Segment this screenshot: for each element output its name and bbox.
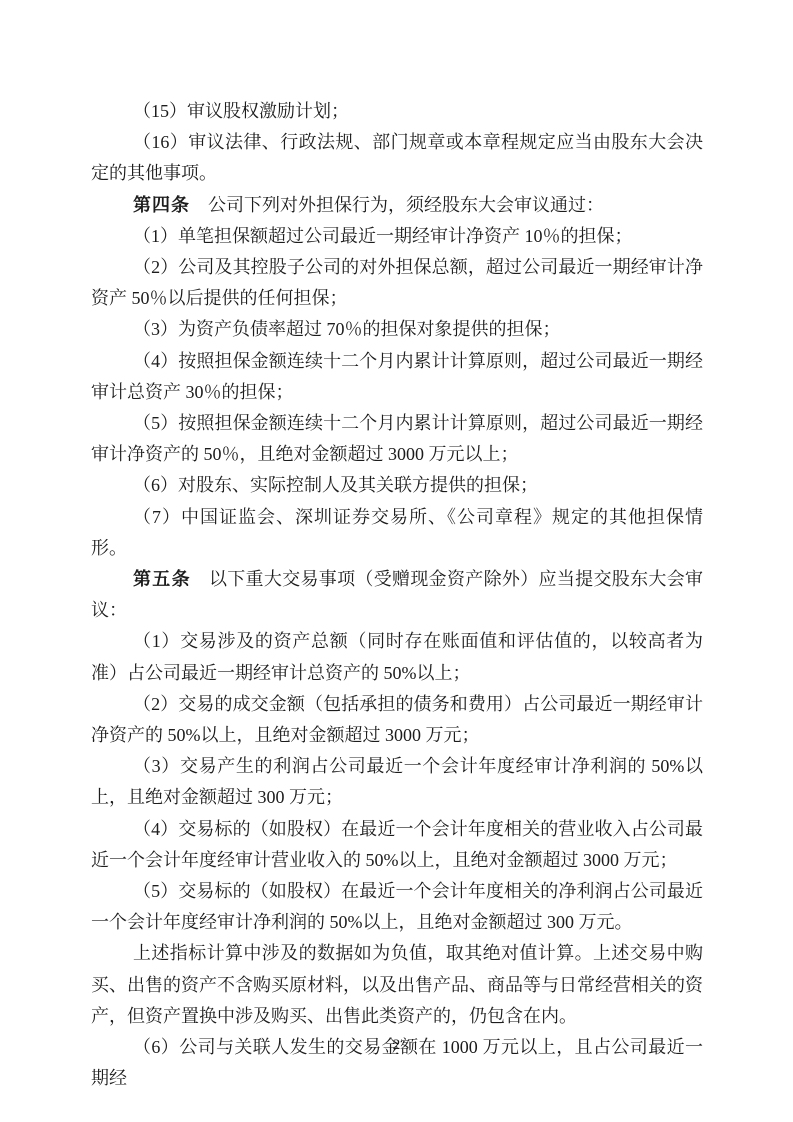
paragraph-text: 上述指标计算中涉及的数据如为负值，取其绝对值计算。上述交易中购买、出售的资产不含… (91, 943, 703, 1025)
paragraph-text: （2）公司及其控股子公司的对外担保总额，超过公司最近一期经审计净资产 50％以后… (91, 257, 703, 308)
paragraph-text: （4）按照担保金额连续十二个月内累计计算原则，超过公司最近一期经审计总资产 30… (91, 351, 703, 402)
paragraph-text: （5）交易标的（如股权）在最近一个会计年度相关的净利润占公司最近一个会计年度经审… (91, 881, 703, 932)
paragraph-text: （2）交易的成交金额（包括承担的债务和费用）占公司最近一期经审计净资产的 50%… (91, 694, 703, 745)
article-5-item-4: （4）交易标的（如股权）在最近一个会计年度相关的营业收入占公司最近一个会计年度经… (91, 814, 703, 876)
article-5-item-1: （1）交易涉及的资产总额（同时存在账面值和评估值的，以较高者为准）占公司最近一期… (91, 626, 703, 688)
paragraph-text: （4）交易标的（如股权）在最近一个会计年度相关的营业收入占公司最近一个会计年度经… (91, 819, 703, 870)
paragraph-text: （6）对股东、实际控制人及其关联方提供的担保； (133, 475, 538, 495)
article-number: 第五条 (133, 569, 191, 589)
article-number: 第四条 (133, 195, 190, 215)
article-5-item-5: （5）交易标的（如股权）在最近一个会计年度相关的净利润占公司最近一个会计年度经审… (91, 876, 703, 938)
document-page: （15）审议股权激励计划；（16）审议法律、行政法规、部门规章或本章程规定应当由… (0, 0, 793, 1122)
article-4-item-2: （2）公司及其控股子公司的对外担保总额，超过公司最近一期经审计净资产 50％以后… (91, 252, 703, 314)
paragraph-text: （1）交易涉及的资产总额（同时存在账面值和评估值的，以较高者为准）占公司最近一期… (91, 631, 703, 682)
paragraph-text: （7）中国证监会、深圳证券交易所、《公司章程》规定的其他担保情形。 (91, 507, 703, 558)
paragraph-text: （16）审议法律、行政法规、部门规章或本章程规定应当由股东大会决定的其他事项。 (91, 132, 703, 183)
article-4: 第四条公司下列对外担保行为，须经股东大会审议通过： (91, 190, 703, 221)
article-5-note: 上述指标计算中涉及的数据如为负值，取其绝对值计算。上述交易中购买、出售的资产不含… (91, 938, 703, 1032)
article-4-item-5: （5）按照担保金额连续十二个月内累计计算原则，超过公司最近一期经审计净资产的 5… (91, 408, 703, 470)
article-4-item-4: （4）按照担保金额连续十二个月内累计计算原则，超过公司最近一期经审计总资产 30… (91, 346, 703, 408)
article-5-item-2: （2）交易的成交金额（包括承担的债务和费用）占公司最近一期经审计净资产的 50%… (91, 689, 703, 751)
paragraph-text: （3）为资产负债率超过 70％的担保对象提供的担保； (133, 319, 561, 339)
page-number: 2 (0, 1037, 793, 1054)
item-16: （16）审议法律、行政法规、部门规章或本章程规定应当由股东大会决定的其他事项。 (91, 127, 703, 189)
article-4-item-1: （1）单笔担保额超过公司最近一期经审计净资产 10％的担保； (91, 221, 703, 252)
paragraph-text: （3）交易产生的利润占公司最近一个会计年度经审计净利润的 50%以上，且绝对金额… (91, 756, 703, 807)
article-4-item-3: （3）为资产负债率超过 70％的担保对象提供的担保； (91, 314, 703, 345)
paragraph-text: 公司下列对外担保行为，须经股东大会审议通过： (208, 195, 604, 215)
paragraph-text: （1）单笔担保额超过公司最近一期经审计净资产 10％的担保； (133, 226, 633, 246)
article-5-item-3: （3）交易产生的利润占公司最近一个会计年度经审计净利润的 50%以上，且绝对金额… (91, 751, 703, 813)
article-4-item-6: （6）对股东、实际控制人及其关联方提供的担保； (91, 470, 703, 501)
paragraph-text: （15）审议股权激励计划； (133, 101, 349, 121)
item-15: （15）审议股权激励计划； (91, 96, 703, 127)
article-4-item-7: （7）中国证监会、深圳证券交易所、《公司章程》规定的其他担保情形。 (91, 502, 703, 564)
document-body: （15）审议股权激励计划；（16）审议法律、行政法规、部门规章或本章程规定应当由… (91, 96, 703, 1095)
article-5: 第五条以下重大交易事项（受赠现金资产除外）应当提交股东大会审议： (91, 564, 703, 626)
paragraph-text: （5）按照担保金额连续十二个月内累计计算原则，超过公司最近一期经审计净资产的 5… (91, 413, 703, 464)
